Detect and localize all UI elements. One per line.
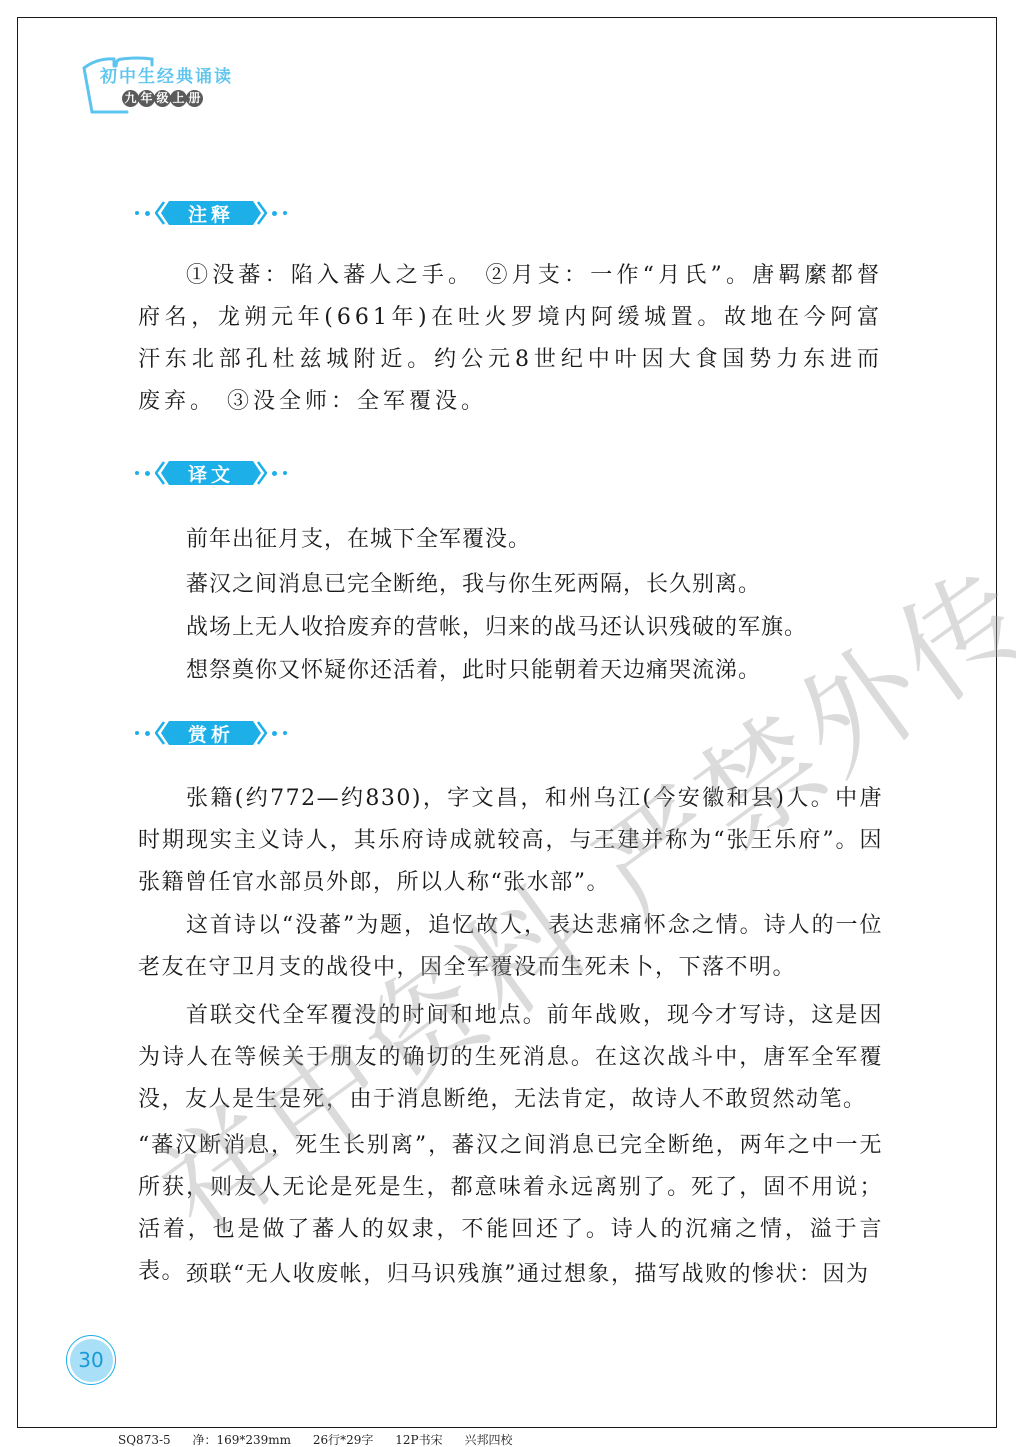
section-label: 注释	[188, 200, 234, 227]
translation-line: 蕃汉之间消息已完全断绝，我与你生死两隔，长久别离。	[186, 567, 761, 598]
footer-size: 净：169*239mm	[192, 1433, 291, 1447]
section-header-translation: 译文	[135, 458, 287, 488]
page-number: 30	[70, 1339, 113, 1382]
appreciation-paragraph: 颈联“无人收废帐，归马识残旗”通过想象，描写战败的惨状：因为	[138, 1254, 883, 1296]
grade-char: 九	[122, 90, 139, 107]
grade-char: 册	[186, 90, 203, 107]
appreciation-paragraph: 首联交代全军覆没的时间和地点。前年战败，现今才写诗，这是因为诗人在等候关于朋友的…	[138, 995, 883, 1121]
print-spec-footer: SQ873-5 净：169*239mm 26行*29字 12P书宋 兴邦四校	[118, 1431, 526, 1447]
translation-line: 前年出征月支，在城下全军覆没。	[186, 522, 531, 553]
section-tag: 注释	[155, 200, 267, 226]
footer-code: SQ873-5	[118, 1433, 171, 1447]
section-tag: 译文	[155, 460, 267, 486]
section-header-appreciation: 赏析	[135, 718, 287, 748]
dots-right-icon	[272, 471, 287, 476]
series-title: 初中生经典诵读	[100, 62, 233, 87]
appreciation-paragraph: 这首诗以“没蕃”为题，追忆故人，表达悲痛怀念之情。诗人的一位老友在守卫月支的战役…	[138, 905, 883, 989]
footer-font: 12P书宋	[395, 1433, 442, 1447]
section-label: 译文	[188, 460, 234, 487]
appreciation-paragraph: 张籍(约772—约830)，字文昌，和州乌江(今安徽和县)人。中唐时期现实主义诗…	[138, 778, 883, 904]
dots-left-icon	[135, 471, 150, 476]
dots-right-icon	[272, 211, 287, 216]
grade-char: 级	[154, 90, 171, 107]
translation-line: 战场上无人收拾废弃的营帐，归来的战马还认识残破的军旗。	[186, 610, 807, 641]
footer-proof: 兴邦四校	[464, 1433, 512, 1447]
section-label: 赏析	[188, 720, 234, 747]
grade-char: 上	[170, 90, 187, 107]
section-header-notes: 注释	[135, 198, 287, 228]
grade-badge: 九 年 级 上 册	[122, 90, 202, 107]
dots-left-icon	[135, 731, 150, 736]
translation-line: 想祭奠你又怀疑你还活着，此时只能朝着天边痛哭流涕。	[186, 653, 761, 684]
series-logo: 初中生经典诵读 九 年 级 上 册	[82, 50, 282, 120]
page-number-badge: 30	[66, 1335, 116, 1385]
dots-left-icon	[135, 211, 150, 216]
dots-right-icon	[272, 731, 287, 736]
footer-layout: 26行*29字	[313, 1433, 374, 1447]
grade-char: 年	[138, 90, 155, 107]
section-tag: 赏析	[155, 720, 267, 746]
notes-text: ①没蕃：陷入蕃人之手。 ②月支：一作“月氏”。唐羁縻都督府名，龙朔元年(661年…	[138, 255, 883, 423]
